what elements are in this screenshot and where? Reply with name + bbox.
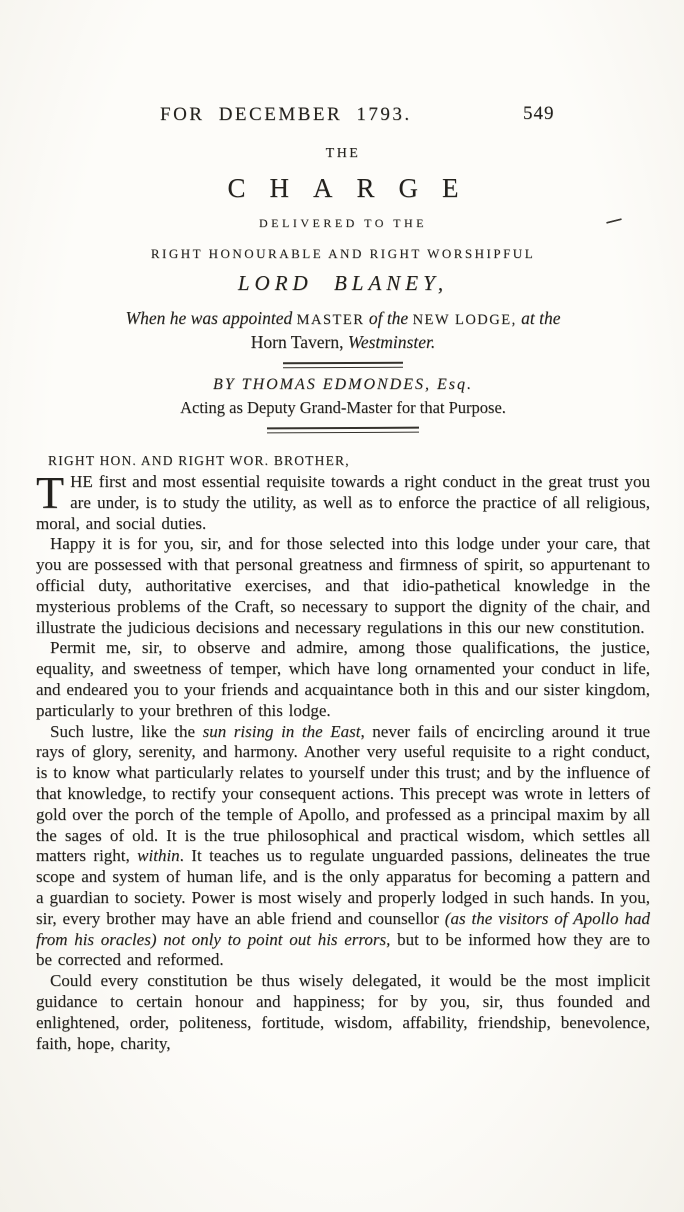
delivered-line: DELIVERED TO THE: [36, 216, 650, 231]
paragraph-3: Permit me, sir, to observe and admire, a…: [36, 638, 650, 721]
text-segment: When he was appointed: [126, 308, 297, 328]
text-segment: Such lustre, like the: [50, 722, 203, 741]
byline-name: BY THOMAS EDMONDES,: [213, 376, 437, 393]
text-segment: HE first and most essential requisite to…: [36, 472, 650, 533]
text-segment: Westminster.: [348, 332, 435, 352]
scanned-document-page: FOR DECEMBER 1793. 549 THE CHARGE DELIVE…: [0, 0, 684, 1212]
salutation: RIGHT HON. AND RIGHT WOR. BROTHER,: [48, 453, 650, 469]
page-number: 549: [523, 103, 555, 125]
double-rule-top: [283, 362, 403, 369]
byline-esq: Esq.: [437, 376, 473, 393]
byline: BY THOMAS EDMONDES, Esq.: [36, 376, 650, 394]
recipient-name: LORD BLANEY,: [36, 271, 650, 296]
paragraph-1: THE first and most essential requisite t…: [36, 472, 650, 534]
running-header-title: FOR DECEMBER 1793.: [160, 104, 412, 126]
occasion-line-1: When he was appointed MASTER of the NEW …: [36, 307, 650, 331]
honorific-line: RIGHT HONOURABLE AND RIGHT WORSHIPFUL: [36, 246, 650, 262]
paragraph-4: Such lustre, like the sun rising in the …: [36, 722, 650, 972]
paragraph-2: Happy it is for you, sir, and for those …: [36, 534, 650, 638]
text-segment: Horn Tavern,: [251, 332, 348, 352]
page-content: THE CHARGE DELIVERED TO THE RIGHT HONOUR…: [36, 146, 650, 1054]
ink-smudge-mark: [606, 218, 622, 224]
text-segment: of the: [364, 308, 412, 328]
title-kicker: THE: [36, 146, 650, 162]
role-line: Acting as Deputy Grand-Master for that P…: [36, 398, 650, 418]
text-segment: NEW LODGE,: [413, 312, 517, 328]
text-segment: sun rising in the East: [203, 722, 361, 741]
text-segment: MASTER: [297, 312, 365, 328]
delivered-line-text: DELIVERED TO THE: [259, 216, 427, 230]
occasion-line-2: Horn Tavern, Westminster.: [36, 331, 650, 353]
page-title: CHARGE: [36, 173, 650, 204]
text-segment: within: [137, 846, 180, 865]
text-segment: at the: [517, 308, 561, 328]
text-segment: , never fails of encircling around it tr…: [36, 722, 650, 866]
paragraph-5: Could every constitution be thus wisely …: [36, 971, 650, 1054]
double-rule-bottom: [267, 427, 419, 434]
drop-cap: T: [36, 472, 70, 512]
